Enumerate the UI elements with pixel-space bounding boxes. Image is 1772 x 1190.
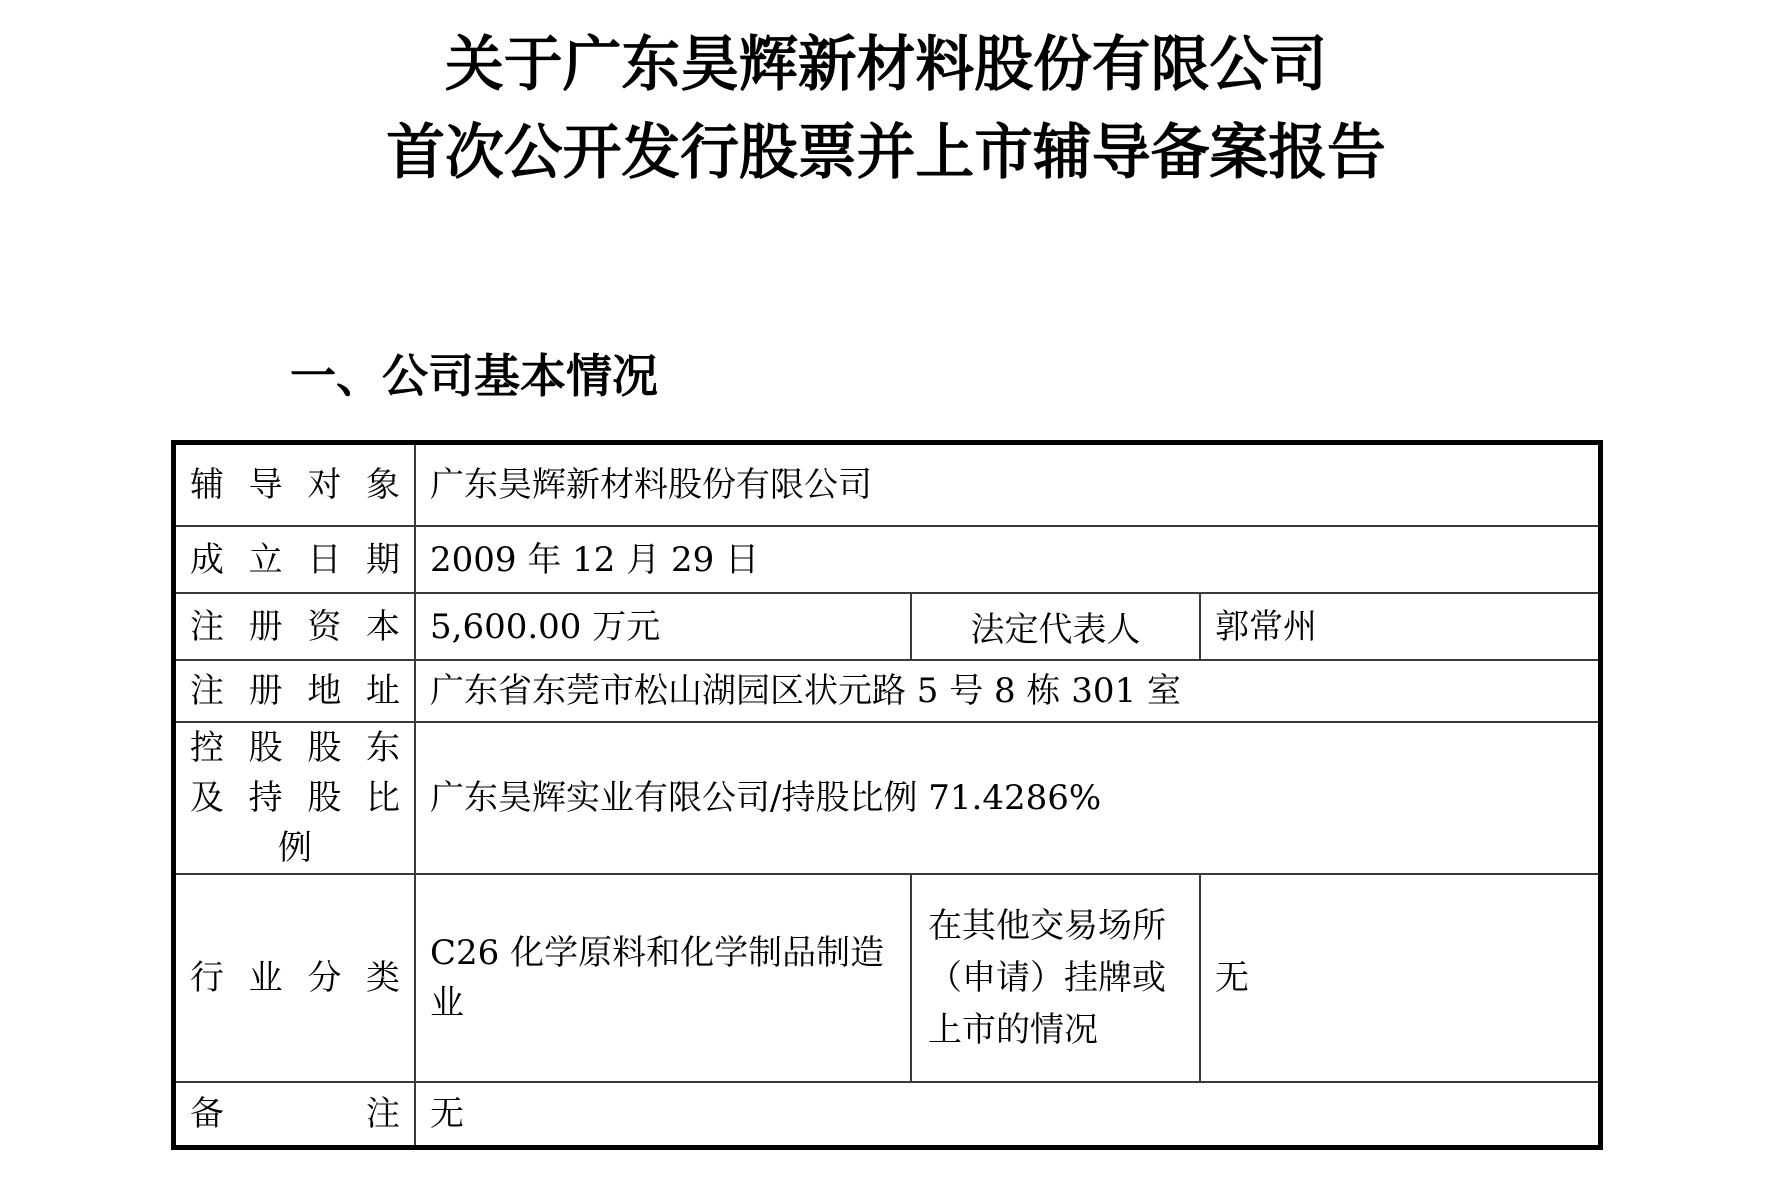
sub-label: 在其他交易场所（申请）挂牌或上市的情况 (911, 874, 1200, 1082)
label-line: 例 (190, 823, 400, 873)
table-row: 注册资本 5,600.00 万元 法定代表人 郭常州 (174, 593, 1601, 660)
table-row: 备 注 无 (174, 1082, 1601, 1148)
row-value: C26 化学原料和化学制品制造业 (415, 874, 911, 1082)
table-row: 辅导对象 广东昊辉新材料股份有限公司 (174, 443, 1601, 527)
label-line: 及持股比 (190, 773, 400, 823)
label-char: 注 (366, 1089, 400, 1139)
row-label: 注册地址 (174, 660, 416, 722)
title-text: 关于广东昊辉新材料股份有限公司 (445, 30, 1327, 100)
row-label: 辅导对象 (174, 443, 416, 527)
row-label: 成立日期 (174, 526, 416, 593)
row-label: 控股股东 及持股比 例 (174, 722, 416, 874)
title-text: 首次公开发行股票并上市辅导备案报告 (386, 118, 1386, 188)
row-label: 行业分类 (174, 874, 416, 1082)
row-value: 广东昊辉新材料股份有限公司 (415, 443, 1601, 527)
label-line: 控股股东 (190, 723, 400, 773)
sub-value: 无 (1200, 874, 1601, 1082)
company-info-table: 辅导对象 广东昊辉新材料股份有限公司 成立日期 2009 年 12 月 29 日… (171, 440, 1603, 1150)
sub-value: 郭常州 (1200, 593, 1601, 660)
table-row: 行业分类 C26 化学原料和化学制品制造业 在其他交易场所（申请）挂牌或上市的情… (174, 874, 1601, 1082)
table-row: 注册地址 广东省东莞市松山湖园区状元路 5 号 8 栋 301 室 (174, 660, 1601, 722)
row-label: 注册资本 (174, 593, 416, 660)
row-value: 广东省东莞市松山湖园区状元路 5 号 8 栋 301 室 (415, 660, 1601, 722)
row-value: 无 (415, 1082, 1601, 1148)
document-title-line-1: 关于广东昊辉新材料股份有限公司 (0, 30, 1772, 100)
row-label: 备 注 (174, 1082, 416, 1148)
table-row: 成立日期 2009 年 12 月 29 日 (174, 526, 1601, 593)
sub-label: 法定代表人 (911, 593, 1200, 660)
document-title-line-2: 首次公开发行股票并上市辅导备案报告 (0, 118, 1772, 188)
section-heading: 一、公司基本情况 (290, 348, 658, 404)
row-value: 2009 年 12 月 29 日 (415, 526, 1601, 593)
label-char: 备 (190, 1089, 224, 1139)
row-value: 5,600.00 万元 (415, 593, 911, 660)
table-row: 控股股东 及持股比 例 广东昊辉实业有限公司/持股比例 71.4286% (174, 722, 1601, 874)
row-value: 广东昊辉实业有限公司/持股比例 71.4286% (415, 722, 1601, 874)
